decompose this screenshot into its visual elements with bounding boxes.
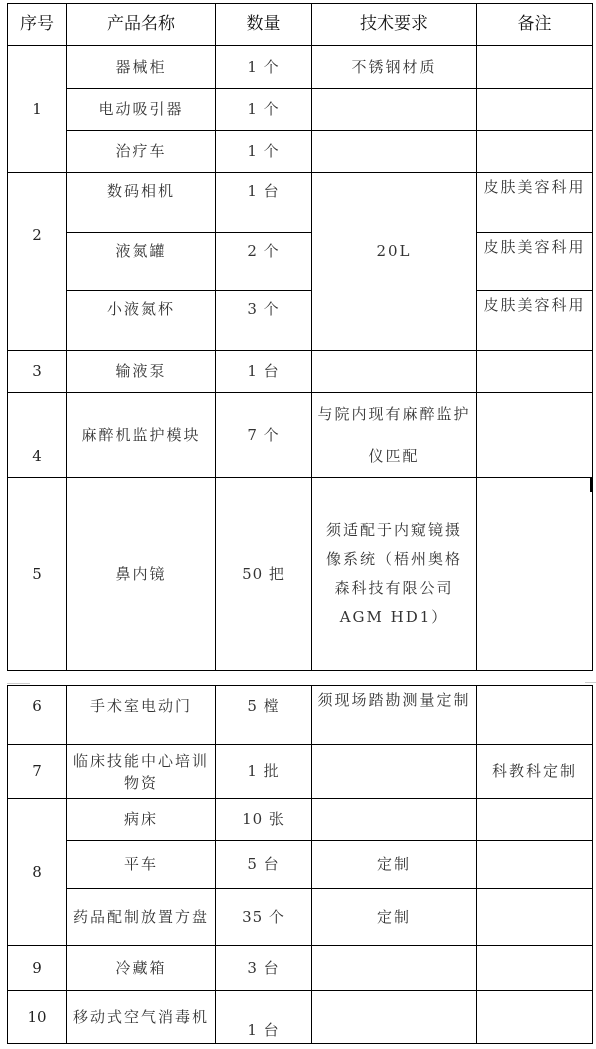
product-name-cell: 麻醉机监护模块 xyxy=(67,393,216,478)
remark-cell xyxy=(477,946,593,991)
remark-cell xyxy=(477,799,593,841)
tech-req-cell xyxy=(312,991,477,1044)
remark-cell: 皮肤美容科用 xyxy=(477,233,593,291)
tech-req-cell xyxy=(312,131,477,173)
product-name-cell: 病床 xyxy=(67,799,216,841)
product-name-cell: 鼻内镜 xyxy=(67,478,216,671)
header-quantity: 数量 xyxy=(216,4,312,46)
table-row: 3 输液泵 1 台 xyxy=(8,351,593,393)
page-break-mark xyxy=(7,683,30,684)
seq-cell: 2 xyxy=(8,173,67,351)
table-row: 液氮罐 2 个 皮肤美容科用 xyxy=(8,233,593,291)
product-name-cell: 电动吸引器 xyxy=(67,89,216,131)
table-row: 4 麻醉机监护模块 7 个 与院内现有麻醉监护仪匹配 xyxy=(8,393,593,478)
table-row: 平车 5 台 定制 xyxy=(8,841,593,889)
quantity-cell: 3 台 xyxy=(216,946,312,991)
tech-req-cell: 须现场踏勘测量定制 xyxy=(312,686,477,745)
remark-cell: 皮肤美容科用 xyxy=(477,173,593,233)
table-row: 7 临床技能中心培训物资 1 批 科教科定制 xyxy=(8,745,593,799)
remark-cell xyxy=(477,478,593,671)
header-product-name: 产品名称 xyxy=(67,4,216,46)
product-name-cell: 输液泵 xyxy=(67,351,216,393)
table-row: 治疗车 1 个 xyxy=(8,131,593,173)
tech-req-cell xyxy=(312,89,477,131)
table-row: 6 手术室电动门 5 樘 须现场踏勘测量定制 xyxy=(8,686,593,745)
product-name-cell: 冷藏箱 xyxy=(67,946,216,991)
table-row: 5 鼻内镜 50 把 须适配于内窥镜摄像系统（梧州奥格森科技有限公司AGM HD… xyxy=(8,478,593,671)
quantity-cell: 50 把 xyxy=(216,478,312,671)
seq-cell: 3 xyxy=(8,351,67,393)
product-name-cell: 液氮罐 xyxy=(67,233,216,291)
seq-cell: 10 xyxy=(8,991,67,1044)
product-name-cell: 小液氮杯 xyxy=(67,291,216,351)
tech-req-cell xyxy=(312,799,477,841)
quantity-cell: 2 个 xyxy=(216,233,312,291)
tech-req-cell: 与院内现有麻醉监护仪匹配 xyxy=(312,393,477,478)
header-seq: 序号 xyxy=(8,4,67,46)
seq-cell: 6 xyxy=(8,686,67,745)
seq-cell: 4 xyxy=(8,393,67,478)
header-row: 序号 产品名称 数量 技术要求 备注 xyxy=(8,4,593,46)
seq-cell: 8 xyxy=(8,799,67,946)
product-name-cell: 治疗车 xyxy=(67,131,216,173)
remark-cell xyxy=(477,46,593,89)
quantity-cell: 5 台 xyxy=(216,841,312,889)
table-row: 8 病床 10 张 xyxy=(8,799,593,841)
remark-cell xyxy=(477,686,593,745)
quantity-cell: 1 台 xyxy=(216,351,312,393)
table-row: 9 冷藏箱 3 台 xyxy=(8,946,593,991)
quantity-cell: 1 批 xyxy=(216,745,312,799)
remark-cell xyxy=(477,393,593,478)
product-name-cell: 平车 xyxy=(67,841,216,889)
tech-req-cell: 须适配于内窥镜摄像系统（梧州奥格森科技有限公司AGM HD1） xyxy=(312,478,477,671)
table-row: 药品配制放置方盘 35 个 定制 xyxy=(8,889,593,946)
product-name-cell: 器械柜 xyxy=(67,46,216,89)
quantity-cell: 1 个 xyxy=(216,131,312,173)
page-break-mark xyxy=(585,682,596,683)
product-name-cell: 临床技能中心培训物资 xyxy=(67,745,216,799)
table-row: 1 器械柜 1 个 不锈钢材质 xyxy=(8,46,593,89)
remark-cell xyxy=(477,351,593,393)
remark-cell xyxy=(477,991,593,1044)
tech-req-cell: 20L xyxy=(312,173,477,351)
quantity-cell: 1 个 xyxy=(216,89,312,131)
remark-cell xyxy=(477,889,593,946)
seq-cell: 7 xyxy=(8,745,67,799)
header-tech-requirements: 技术要求 xyxy=(312,4,477,46)
quantity-cell: 1 台 xyxy=(216,173,312,233)
remark-cell: 科教科定制 xyxy=(477,745,593,799)
equipment-table-part-1: 序号 产品名称 数量 技术要求 备注 1 器械柜 1 个 不锈钢材质 电动吸引器… xyxy=(7,3,593,671)
product-name-cell: 数码相机 xyxy=(67,173,216,233)
tech-req-cell xyxy=(312,946,477,991)
seq-cell: 9 xyxy=(8,946,67,991)
product-name-cell: 药品配制放置方盘 xyxy=(67,889,216,946)
quantity-cell: 35 个 xyxy=(216,889,312,946)
table-row: 电动吸引器 1 个 xyxy=(8,89,593,131)
remark-cell xyxy=(477,841,593,889)
tech-req-cell xyxy=(312,351,477,393)
product-name-cell: 移动式空气消毒机 xyxy=(67,991,216,1044)
quantity-cell: 5 樘 xyxy=(216,686,312,745)
edge-mark xyxy=(590,478,593,492)
remark-cell xyxy=(477,89,593,131)
tech-req-cell xyxy=(312,745,477,799)
quantity-cell: 1 台 xyxy=(216,991,312,1044)
table-row: 10 移动式空气消毒机 1 台 xyxy=(8,991,593,1044)
quantity-cell: 10 张 xyxy=(216,799,312,841)
remark-cell xyxy=(477,131,593,173)
product-name-cell: 手术室电动门 xyxy=(67,686,216,745)
table-row: 小液氮杯 3 个 皮肤美容科用 xyxy=(8,291,593,351)
equipment-table-part-2: 6 手术室电动门 5 樘 须现场踏勘测量定制 7 临床技能中心培训物资 1 批 … xyxy=(7,685,593,1044)
quantity-cell: 7 个 xyxy=(216,393,312,478)
seq-cell: 5 xyxy=(8,478,67,671)
table-row: 2 数码相机 1 台 20L 皮肤美容科用 xyxy=(8,173,593,233)
header-remarks: 备注 xyxy=(477,4,593,46)
quantity-cell: 1 个 xyxy=(216,46,312,89)
quantity-cell: 3 个 xyxy=(216,291,312,351)
tech-req-cell: 定制 xyxy=(312,889,477,946)
seq-cell: 1 xyxy=(8,46,67,173)
tech-req-cell: 不锈钢材质 xyxy=(312,46,477,89)
tech-req-cell: 定制 xyxy=(312,841,477,889)
remark-cell: 皮肤美容科用 xyxy=(477,291,593,351)
